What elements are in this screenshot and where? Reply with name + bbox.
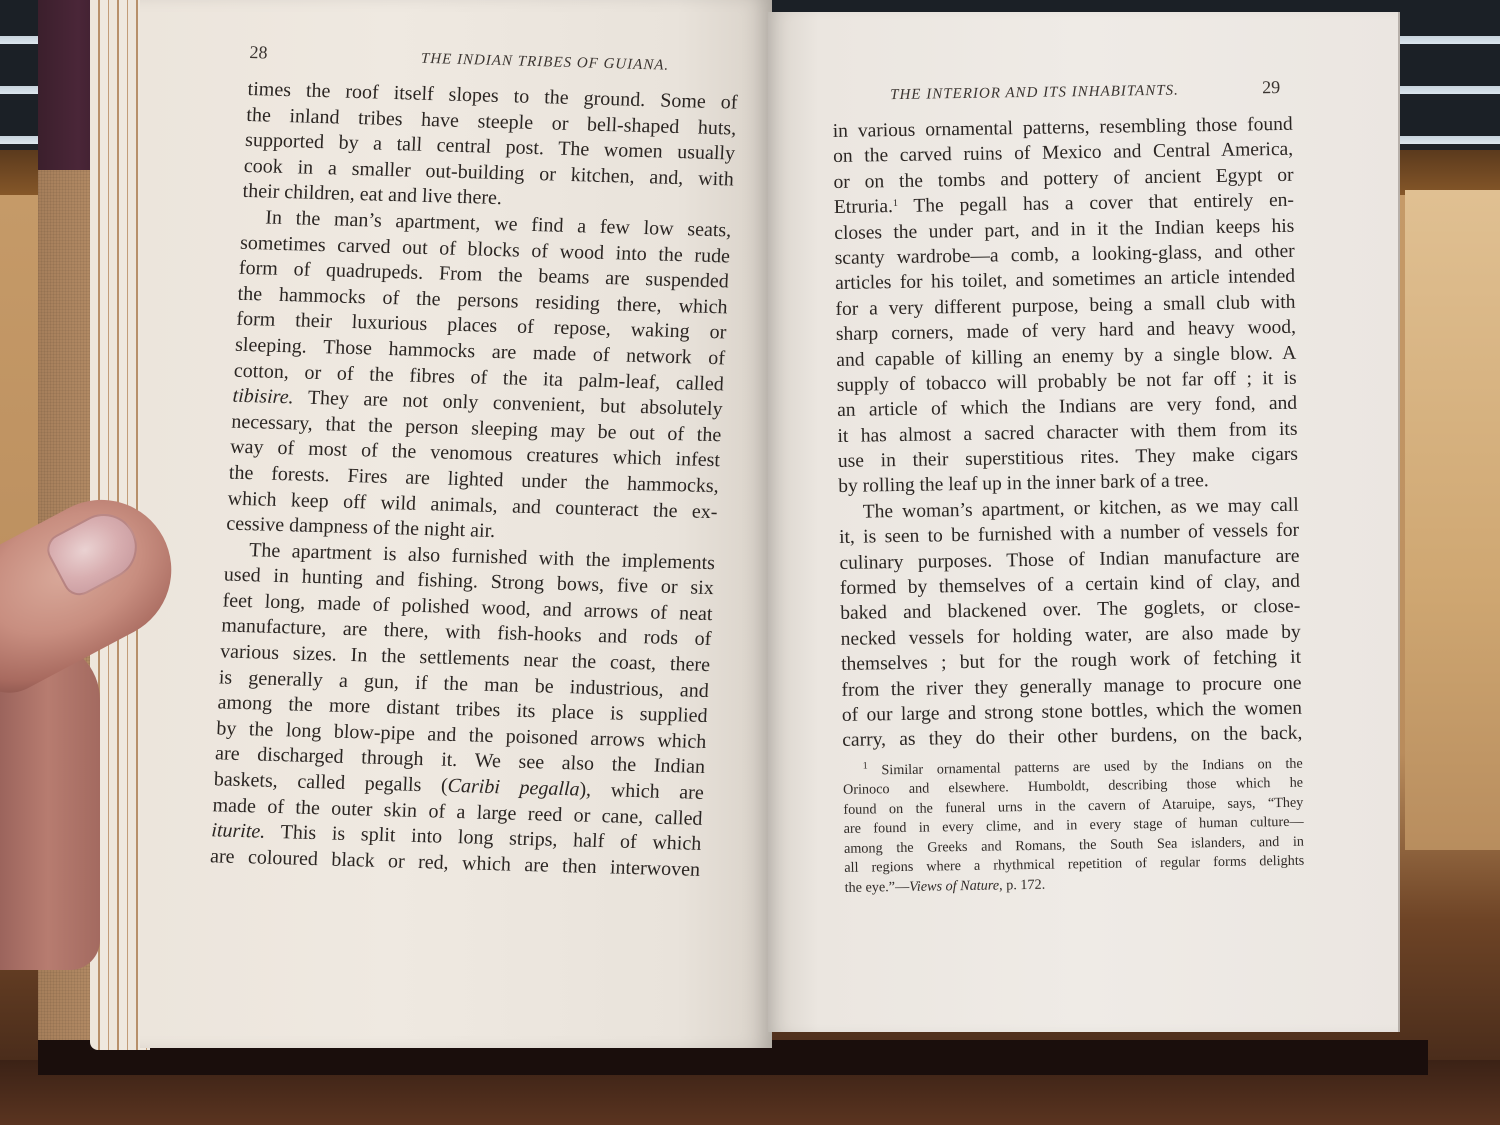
left-running-title: THE INDIAN TRIBES OF GUIANA. [421, 51, 670, 75]
left-page-body: times the roof itself slopes to the grou… [210, 77, 739, 883]
right-page-body: in various ornamental patterns, resembli… [833, 112, 1303, 754]
thumbnail-nail [42, 502, 149, 601]
left-page-content: 28 THE INDIAN TRIBES OF GUIANA. times th… [210, 42, 740, 883]
page-number-left: 28 [249, 42, 268, 63]
right-running-title: THE INTERIOR AND ITS INHABITANTS. [890, 83, 1179, 105]
page-number-right: 29 [1262, 77, 1280, 98]
right-page-content: THE INTERIOR AND ITS INHABITANTS. 29 in … [832, 77, 1305, 898]
footnote: 1 Similar ornamental patterns are used b… [843, 754, 1305, 898]
desk-surface-right [1405, 190, 1500, 850]
